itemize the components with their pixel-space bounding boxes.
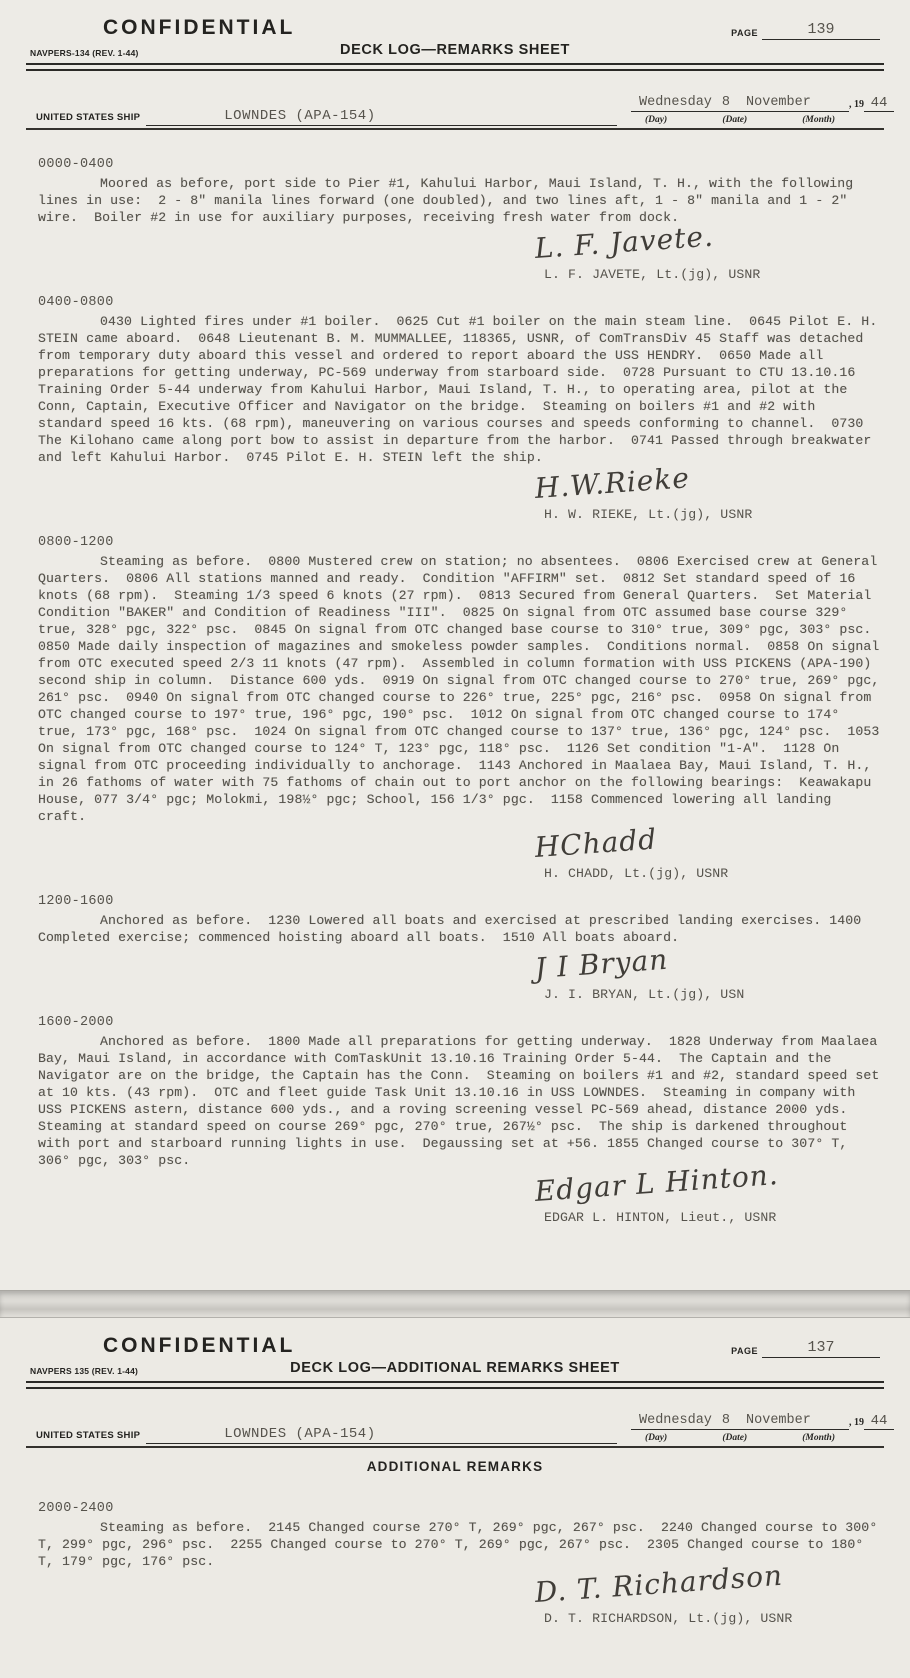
log-entry-2000-2400: 2000-2400 Steaming as before. 2145 Chang…	[38, 1501, 888, 1626]
date-typed: Wednesday 8 November	[631, 1413, 849, 1430]
ship-label: UNITED STATES SHIP	[36, 112, 140, 126]
ship-label: UNITED STATES SHIP	[36, 1430, 140, 1444]
form-title: DECK LOG—REMARKS SHEET	[245, 42, 665, 58]
date-value: 8	[722, 95, 730, 110]
date-label: (Date)	[722, 115, 747, 125]
signature-name: J. I. BRYAN, Lt.(jg), USN	[544, 987, 888, 1002]
log-entry-0000-0400: 0000-0400 Moored as before, port side to…	[38, 157, 888, 282]
deck-log-scan: CONFIDENTIAL PAGE 139 NAVPERS-134 (REV. …	[0, 0, 910, 1678]
entry-text: 0430 Lighted fires under #1 boiler. 0625…	[38, 313, 883, 466]
log-entry-1600-2000: 1600-2000 Anchored as before. 1800 Made …	[38, 1015, 888, 1225]
signature-block: J I Bryan J. I. BRYAN, Lt.(jg), USN	[536, 952, 888, 1002]
entry-period: 0000-0400	[38, 157, 888, 172]
date-sublabels: (Day) (Date) (Month)	[631, 115, 849, 125]
signature-handwriting: J I Bryan	[534, 943, 670, 985]
month-value: November	[746, 1413, 811, 1428]
date-typed: Wednesday 8 November	[631, 95, 849, 112]
year-value: 44	[864, 95, 894, 112]
signature-block: H.W.Rieke H. W. RIEKE, Lt.(jg), USNR	[536, 472, 888, 522]
date-value: 8	[722, 1413, 730, 1428]
day-value: Wednesday	[639, 1413, 712, 1428]
entry-period: 0400-0800	[38, 295, 888, 310]
entry-period: 0800-1200	[38, 535, 888, 550]
year-prefix: , 19	[849, 1417, 864, 1430]
log-entries: 2000-2400 Steaming as before. 2145 Chang…	[0, 1474, 910, 1626]
entry-period: 2000-2400	[38, 1501, 888, 1516]
page-label: PAGE	[731, 1346, 758, 1358]
signature-block: Edgar L Hinton. EDGAR L. HINTON, Lieut.,…	[536, 1175, 888, 1225]
classification-stamp: CONFIDENTIAL	[103, 16, 295, 40]
ship-row-rule	[26, 1446, 884, 1448]
header-rule	[26, 63, 884, 71]
month-label: (Month)	[802, 1433, 835, 1443]
signature-block: L. F. Javete. L. F. JAVETE, Lt.(jg), USN…	[536, 232, 888, 282]
year-prefix: , 19	[849, 99, 864, 112]
ship-name-field: LOWNDES (APA-154)	[146, 108, 617, 126]
log-entry-1200-1600: 1200-1600 Anchored as before. 1230 Lower…	[38, 894, 888, 1002]
log-entry-0400-0800: 0400-0800 0430 Lighted fires under #1 bo…	[38, 295, 888, 522]
day-label: (Day)	[645, 115, 667, 125]
page-number-field: PAGE 139	[731, 21, 880, 40]
additional-remarks-header: ADDITIONAL REMARKS	[0, 1459, 910, 1474]
ship-name-field: LOWNDES (APA-154)	[146, 1426, 617, 1444]
additional-remarks-page: CONFIDENTIAL PAGE 137 NAVPERS 135 (REV. …	[0, 1318, 910, 1678]
year-field: , 19 44	[849, 95, 894, 126]
ship-and-date-row: UNITED STATES SHIP LOWNDES (APA-154) Wed…	[0, 71, 910, 126]
date-field: Wednesday 8 November (Day) (Date) (Month…	[631, 1413, 849, 1444]
date-sublabels: (Day) (Date) (Month)	[631, 1433, 849, 1443]
log-entry-0800-1200: 0800-1200 Steaming as before. 0800 Muste…	[38, 535, 888, 881]
year-field: , 19 44	[849, 1413, 894, 1444]
entry-period: 1600-2000	[38, 1015, 888, 1030]
month-value: November	[746, 95, 811, 110]
page-number: 137	[762, 1339, 880, 1358]
month-label: (Month)	[802, 115, 835, 125]
signature-block: HChadd H. CHADD, Lt.(jg), USNR	[536, 831, 888, 881]
classification-stamp: CONFIDENTIAL	[103, 1334, 295, 1358]
form-number: NAVPERS-134 (REV. 1-44)	[30, 48, 245, 58]
year-value: 44	[864, 1413, 894, 1430]
signature-name: EDGAR L. HINTON, Lieut., USNR	[544, 1210, 888, 1225]
entry-period: 1200-1600	[38, 894, 888, 909]
day-value: Wednesday	[639, 95, 712, 110]
page-seam	[0, 1290, 910, 1318]
date-field: Wednesday 8 November (Day) (Date) (Month…	[631, 95, 849, 126]
signature-name: D. T. RICHARDSON, Lt.(jg), USNR	[544, 1611, 888, 1626]
remarks-sheet-page: CONFIDENTIAL PAGE 139 NAVPERS-134 (REV. …	[0, 0, 910, 1290]
entry-text: Anchored as before. 1800 Made all prepar…	[38, 1033, 883, 1169]
log-entries: 0000-0400 Moored as before, port side to…	[0, 130, 910, 1225]
page-label: PAGE	[731, 28, 758, 40]
signature-handwriting: H.W.Rieke	[534, 461, 691, 505]
page-number-field: PAGE 137	[731, 1339, 880, 1358]
signature-handwriting: HChadd	[534, 823, 658, 864]
page-number: 139	[762, 21, 880, 40]
day-label: (Day)	[645, 1433, 667, 1443]
signature-name: L. F. JAVETE, Lt.(jg), USNR	[544, 267, 888, 282]
signature-name: H. W. RIEKE, Lt.(jg), USNR	[544, 507, 888, 522]
signature-name: H. CHADD, Lt.(jg), USNR	[544, 866, 888, 881]
form-number: NAVPERS 135 (REV. 1-44)	[30, 1366, 245, 1376]
signature-handwriting: L. F. Javete.	[534, 220, 715, 265]
entry-text: Anchored as before. 1230 Lowered all boa…	[38, 912, 883, 946]
date-label: (Date)	[722, 1433, 747, 1443]
header-rule	[26, 1381, 884, 1389]
entry-text: Steaming as before. 0800 Mustered crew o…	[38, 553, 883, 825]
ship-and-date-row: UNITED STATES SHIP LOWNDES (APA-154) Wed…	[0, 1389, 910, 1444]
entry-text: Moored as before, port side to Pier #1, …	[38, 175, 883, 226]
form-title: DECK LOG—ADDITIONAL REMARKS SHEET	[245, 1360, 665, 1376]
signature-block: D. T. Richardson D. T. RICHARDSON, Lt.(j…	[536, 1576, 888, 1626]
